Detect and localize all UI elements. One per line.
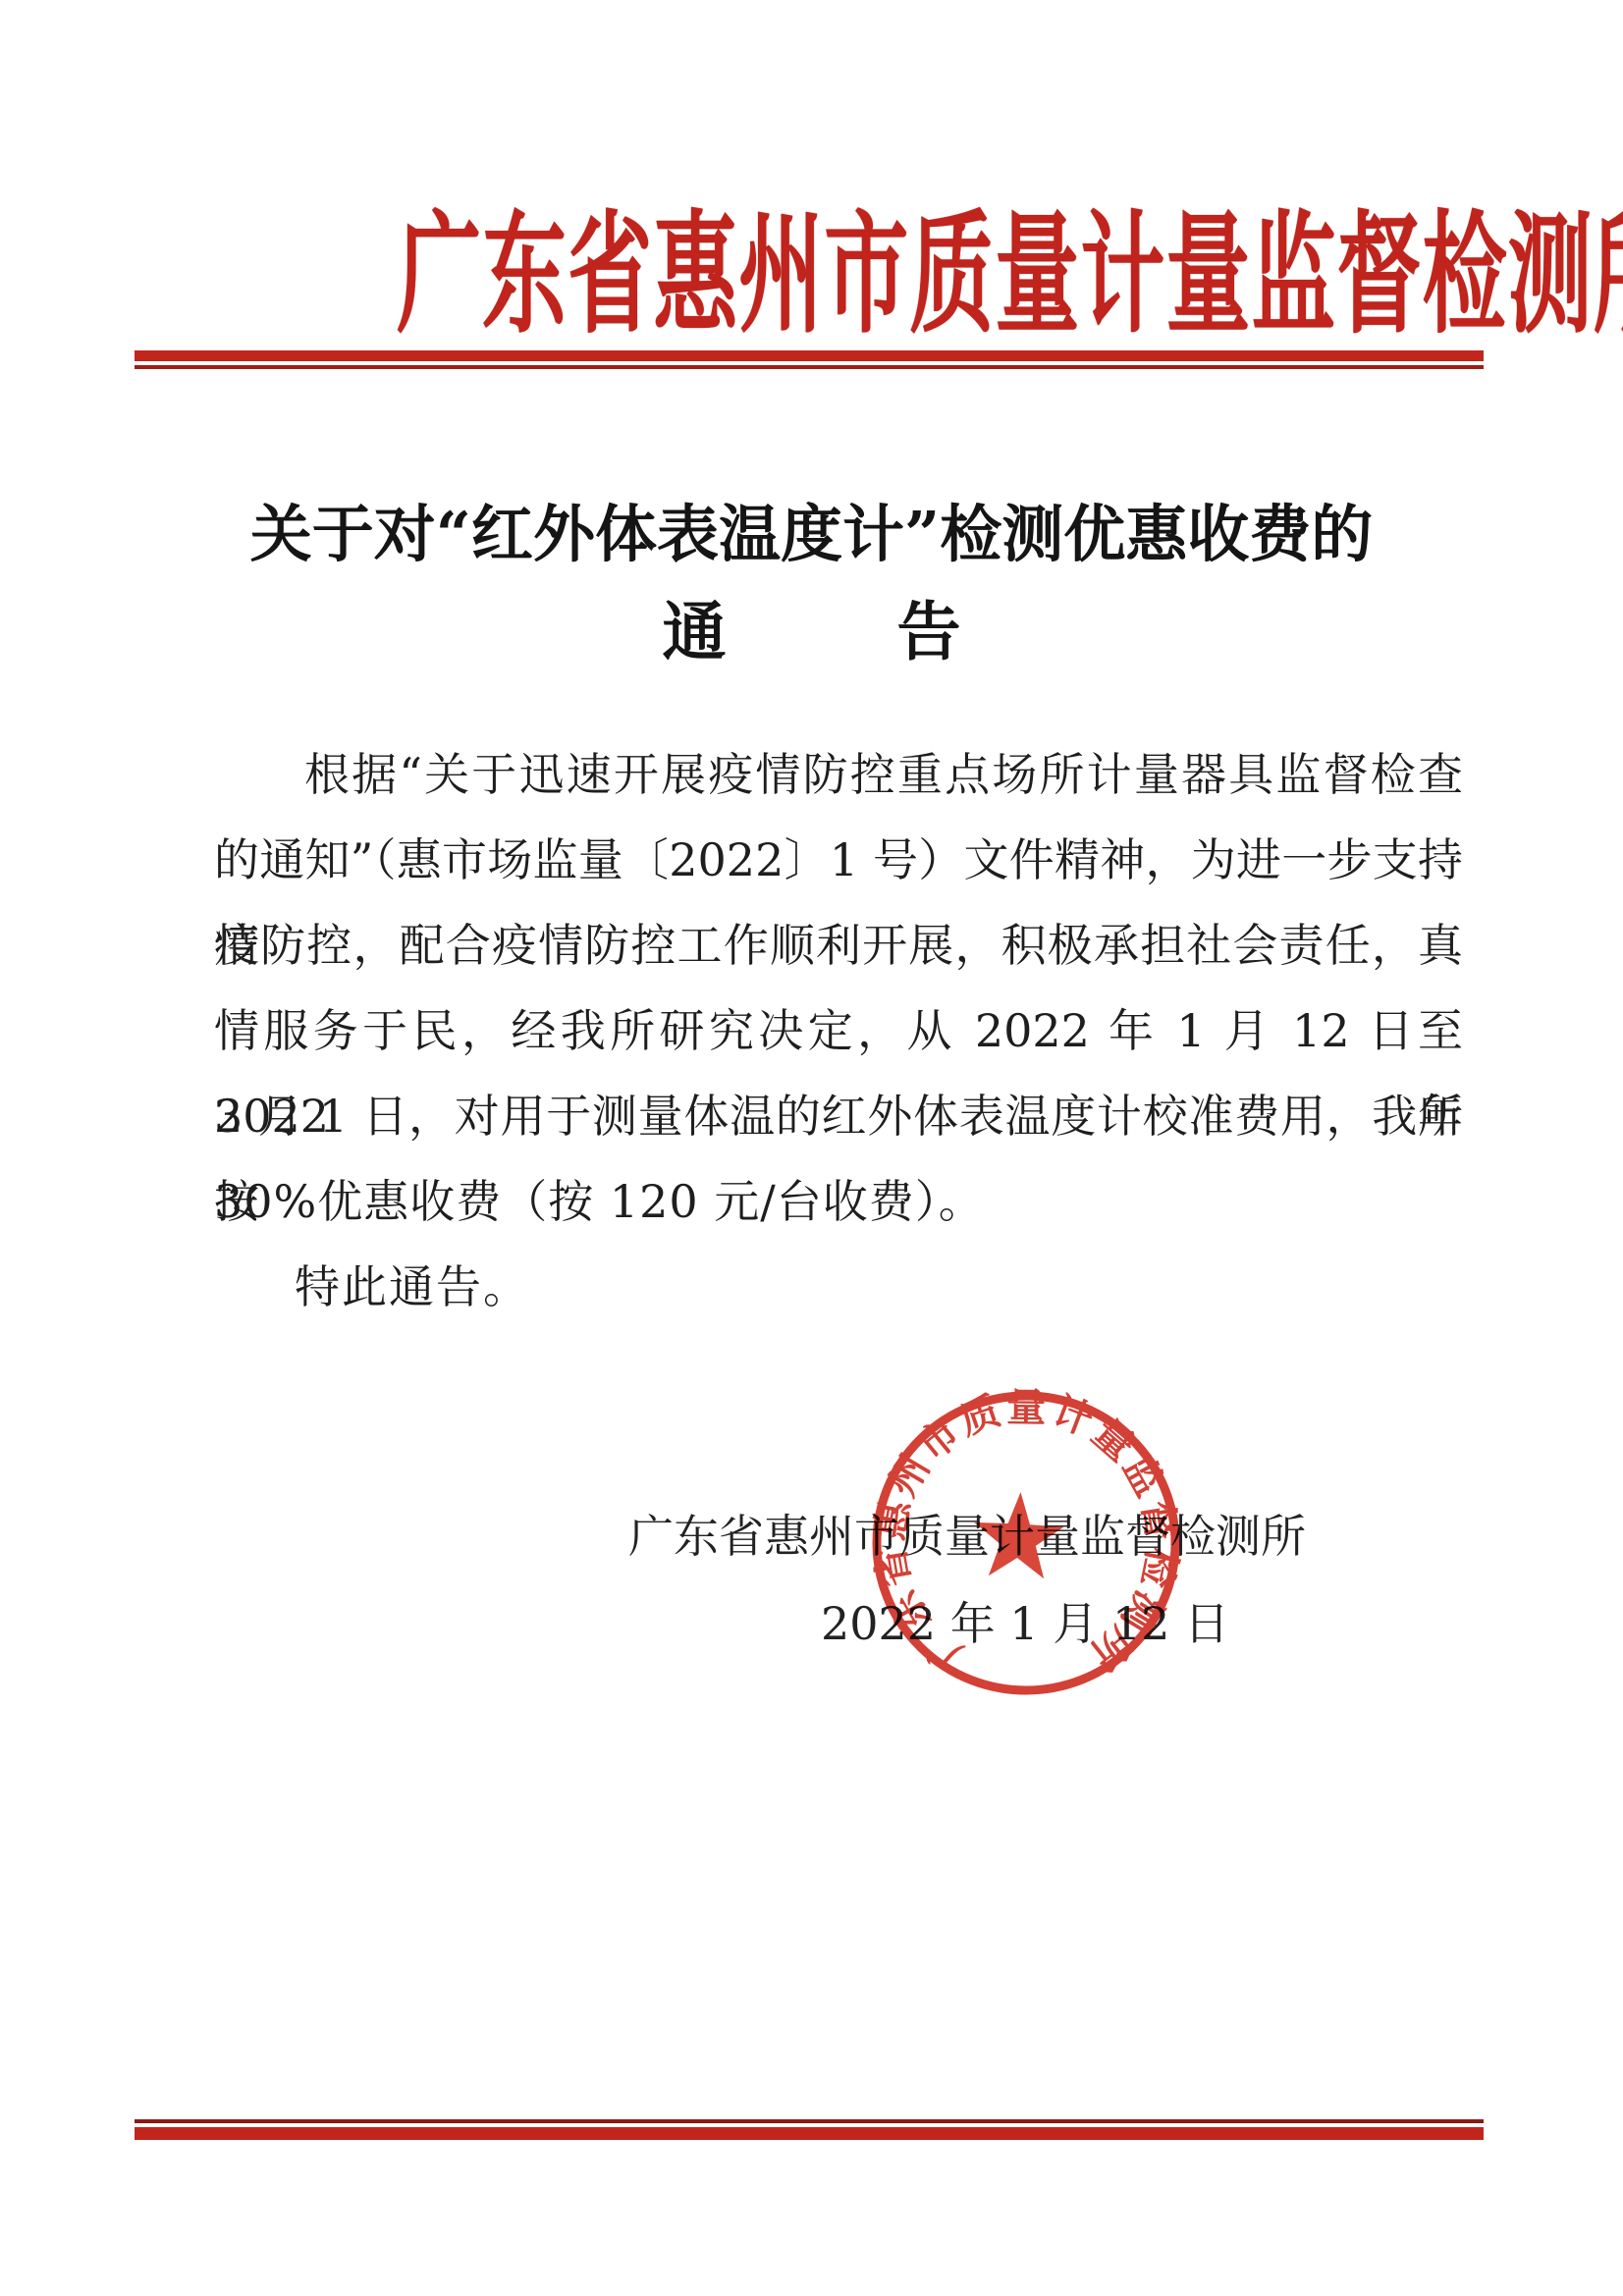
official-seal-stamp: 广东省惠州市质量计量监督检测所 (859, 1376, 1193, 1710)
scanned-notice-page: 广东省惠州市质量计量监督检测所 关于对“红外体表温度计”检测优惠收费的 通 告 … (0, 0, 1623, 2296)
letterhead-rule-thick (135, 350, 1484, 361)
body-line: 情防控，配合疫情防控工作顺利开展，积极承担社会责任，真 (214, 903, 1463, 988)
closing-line: 特此通告。 (214, 1245, 1463, 1330)
body-line: 的通知”（惠市场监量〔2022〕1 号）文件精神，为进一步支持疫 (214, 818, 1463, 903)
footer-rule-thin (135, 2119, 1484, 2123)
body-line: 3 月 1 日，对用于测量体温的红外体表温度计校准费用，我所按 (214, 1074, 1463, 1159)
footer-rule-thick (135, 2127, 1484, 2140)
body-line: 30%优惠收费（按 120 元/台收费）。 (214, 1159, 1463, 1245)
letterhead-org-name: 广东省惠州市质量计量监督检测所 (397, 204, 1623, 344)
body-line: 根据“关于迅速开展疫情防控重点场所计量器具监督检查 (214, 732, 1463, 818)
seal-star-icon (971, 1490, 1065, 1579)
document-title-line2: 通 告 (0, 580, 1623, 672)
letterhead-rule-thin (135, 365, 1484, 369)
body-line: 情服务于民，经我所研究决定，从 2022 年 1 月 12 日至 2022 年 (214, 988, 1463, 1074)
document-title-char-gao: 告 (897, 580, 961, 672)
letterhead: 广东省惠州市质量计量监督检测所 (0, 204, 1623, 344)
body-text: 根据“关于迅速开展疫情防控重点场所计量器具监督检查 的通知”（惠市场监量〔202… (214, 732, 1463, 1330)
document-title-line1: 关于对“红外体表温度计”检测优惠收费的 (0, 485, 1623, 574)
document-title-char-tong: 通 (662, 580, 726, 672)
